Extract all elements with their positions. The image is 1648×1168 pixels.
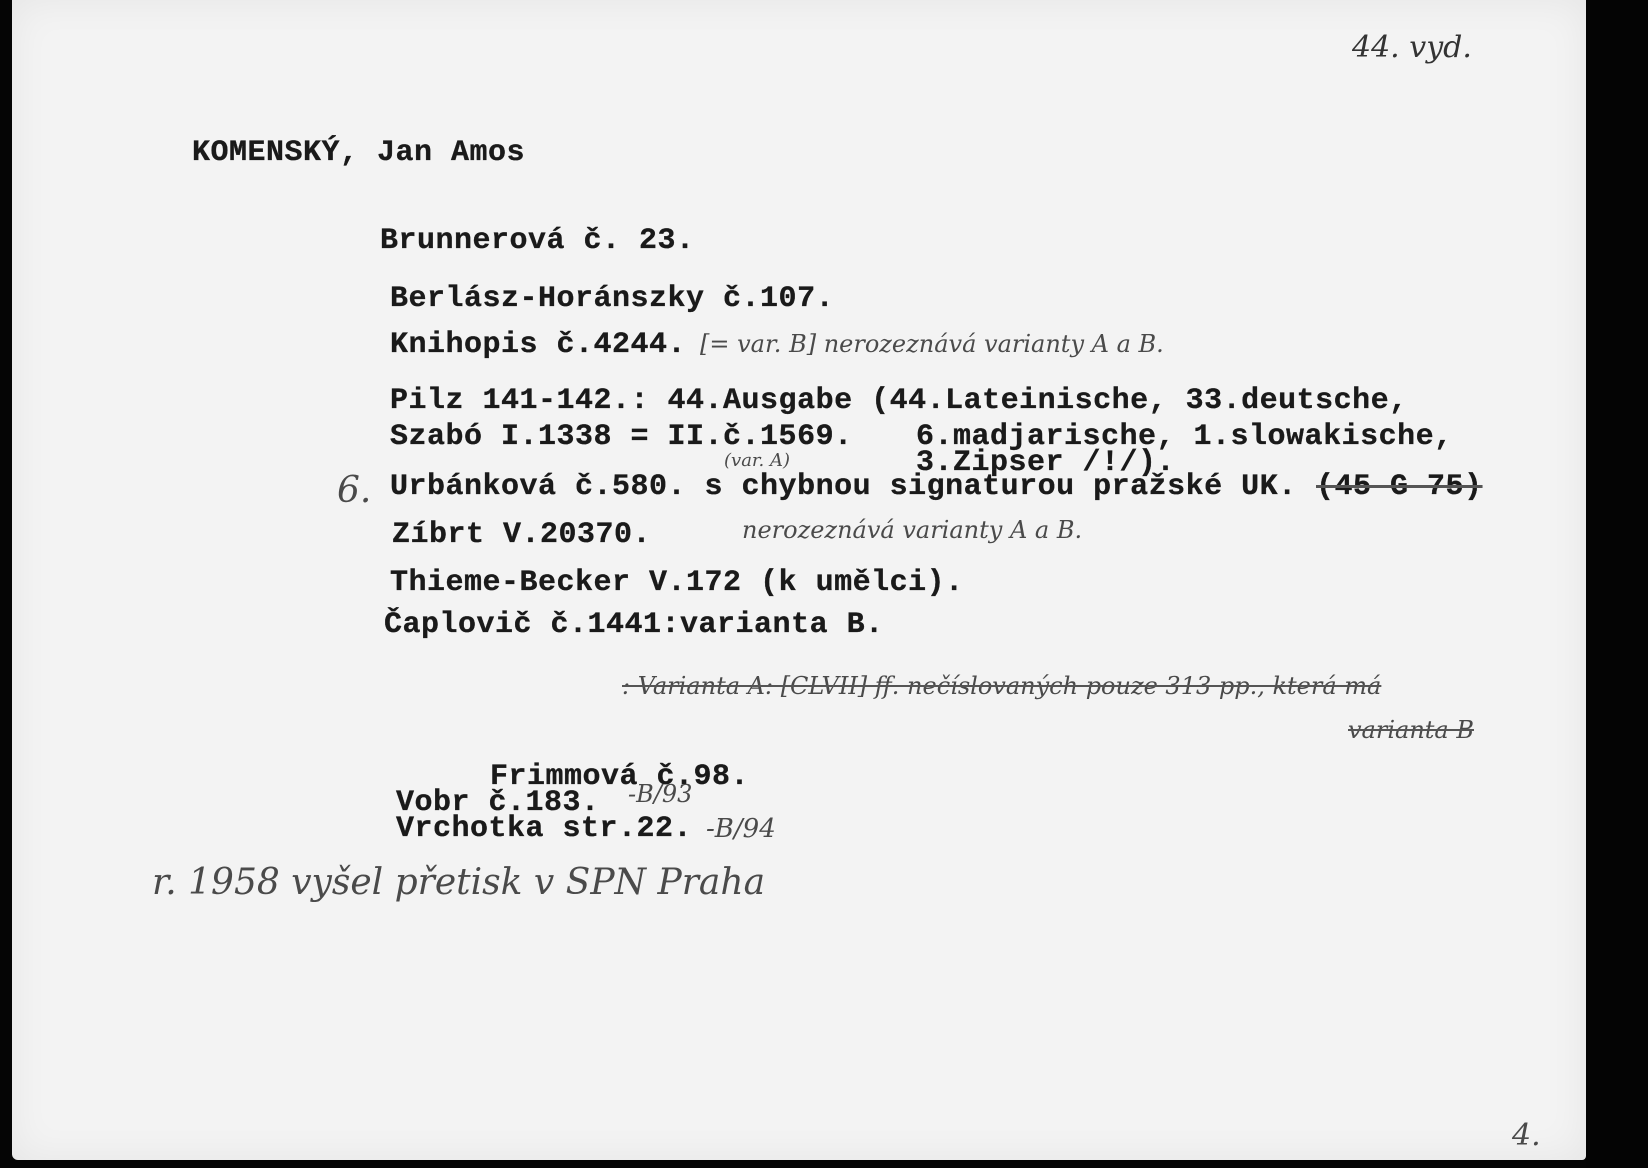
corner-edition-note: 44. vyd. [1352, 30, 1472, 65]
ref-zibrt: Zíbrt V.20370. [392, 518, 651, 552]
scan-border [1586, 0, 1648, 1168]
card-heading: KOMENSKÝ, Jan Amos [192, 136, 525, 170]
catalog-card: 44. vyd. KOMENSKÝ, Jan Amos Brunnerová č… [12, 0, 1586, 1160]
urbankova-margin-note: 6. [337, 470, 371, 511]
szabo-handwritten-note: (var. A) [724, 450, 790, 471]
ref-caplovic: Čaplovič č.1441:varianta B. [384, 608, 884, 642]
ref-urbankova: Urbánková č.580. s chybnou signaturou pr… [390, 470, 1297, 504]
ref-pilz: Pilz 141-142.: 44.Ausgabe (44.Lateinisch… [390, 384, 1408, 418]
page-number: 4. [1512, 1118, 1541, 1153]
struck-variant-note-2: varianta B [1348, 716, 1474, 744]
reprint-handwritten-note: r. 1958 vyšel přetisk v SPN Praha [152, 862, 765, 903]
struck-variant-note: : Varianta A: [CLVII] ff. nečíslovaných … [622, 672, 1381, 700]
ref-berlasz: Berlász-Horánszky č.107. [390, 282, 834, 316]
struck-signature: (45 G 75) [1316, 470, 1483, 504]
ref-brunnerova: Brunnerová č. 23. [380, 224, 695, 258]
zibrt-handwritten-note: nerozeznává varianty A a B. [742, 516, 1082, 544]
vrchotka-handwritten-note: -B/94 [706, 814, 776, 844]
vobr-handwritten-note: -B/93 [628, 780, 692, 808]
ref-szabo: Szabó I.1338 = II.č.1569. [390, 420, 853, 454]
ref-thieme-becker: Thieme-Becker V.172 (k umělci). [390, 566, 964, 600]
knihopis-handwritten-note: [= var. B] nerozeznává varianty A a B. [700, 330, 1164, 358]
ref-knihopis: Knihopis č.4244. [390, 328, 686, 362]
ref-vrchotka: Vrchotka str.22. [396, 812, 692, 846]
